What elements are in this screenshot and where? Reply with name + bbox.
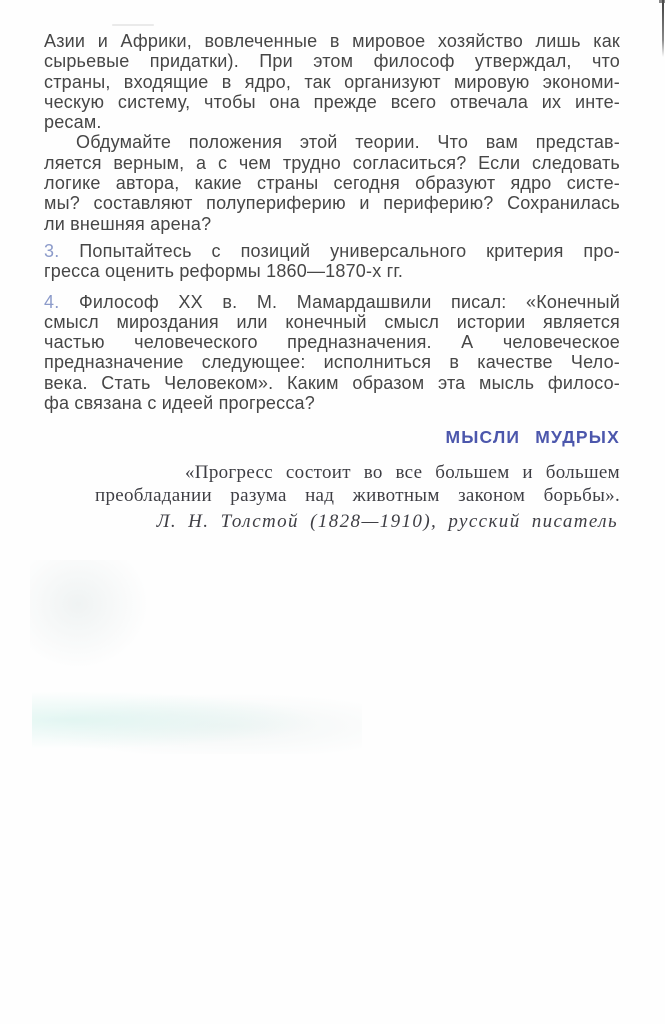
text-line: Обдумайте положения этой теории. Что вам… bbox=[44, 132, 620, 152]
text-line: предназначение следующее: исполниться в … bbox=[44, 352, 620, 372]
text-line: мы? составляют полупериферию и периферию… bbox=[44, 193, 620, 213]
book-page: Азии и Африки, вовлеченные в мировое хоз… bbox=[0, 0, 665, 1024]
text-line: частью человеческого предназначения. А ч… bbox=[44, 332, 620, 352]
quote-line: преобладании разума над животным законом… bbox=[95, 484, 620, 507]
text-line: века. Стать Человеком». Каким образом эт… bbox=[44, 373, 620, 393]
text-line: ляется верным, а с чем трудно согласитьс… bbox=[44, 153, 620, 173]
paragraph-world-system: Азии и Африки, вовлеченные в мировое хоз… bbox=[44, 31, 620, 132]
question-number: 3. bbox=[44, 241, 59, 261]
text-line: смысл мироздания или конечный смысл исто… bbox=[44, 312, 620, 332]
text-line: логике автора, какие страны сегодня обра… bbox=[44, 173, 620, 193]
paragraph-think-over: Обдумайте положения этой теории. Что вам… bbox=[44, 132, 620, 233]
scan-edge-artifact bbox=[662, 0, 664, 57]
text-line: 3. Попытайтесь с позиций универсального … bbox=[44, 241, 620, 261]
text-line: 4. Философ XX в. М. Мамардашвили писал: … bbox=[44, 292, 620, 312]
question-3: 3. Попытайтесь с позиций универсального … bbox=[44, 241, 620, 282]
text-line: ческую систему, чтобы она прежде всего о… bbox=[44, 92, 620, 112]
text-line: ресам. bbox=[44, 112, 620, 132]
tolstoy-quote: «Прогресс состоит во все большем и больш… bbox=[95, 461, 620, 507]
scan-smudge-artifact bbox=[112, 24, 154, 26]
question-text: Философ XX в. М. Мамардашвили писал: «Ко… bbox=[79, 292, 620, 312]
question-text: Попытайтесь с позиций универсального кри… bbox=[79, 241, 620, 261]
scan-corner-artifact bbox=[659, 0, 665, 3]
quote-line: «Прогресс состоит во все большем и больш… bbox=[95, 461, 620, 484]
text-line: сырьевые придатки). При этом философ утв… bbox=[44, 51, 620, 71]
text-line: фа связана с идеей прогресса? bbox=[44, 393, 620, 413]
scan-smudge-artifact bbox=[32, 692, 362, 754]
text-line: гресса оценить реформы 1860—1870-х гг. bbox=[44, 261, 620, 281]
question-4: 4. Философ XX в. М. Мамардашвили писал: … bbox=[44, 292, 620, 414]
wise-thoughts-heading: МЫСЛИ МУДРЫХ bbox=[44, 426, 620, 448]
page-text-block: Азии и Африки, вовлеченные в мировое хоз… bbox=[44, 31, 620, 533]
text-line: Азии и Африки, вовлеченные в мировое хоз… bbox=[44, 31, 620, 51]
text-line: ли внешняя арена? bbox=[44, 214, 620, 234]
quote-attribution: Л. Н. Толстой (1828—1910), русский писат… bbox=[95, 510, 620, 533]
text-line: страны, входящие в ядро, так организуют … bbox=[44, 72, 620, 92]
question-number: 4. bbox=[44, 292, 59, 312]
scan-smudge-artifact bbox=[30, 560, 150, 670]
